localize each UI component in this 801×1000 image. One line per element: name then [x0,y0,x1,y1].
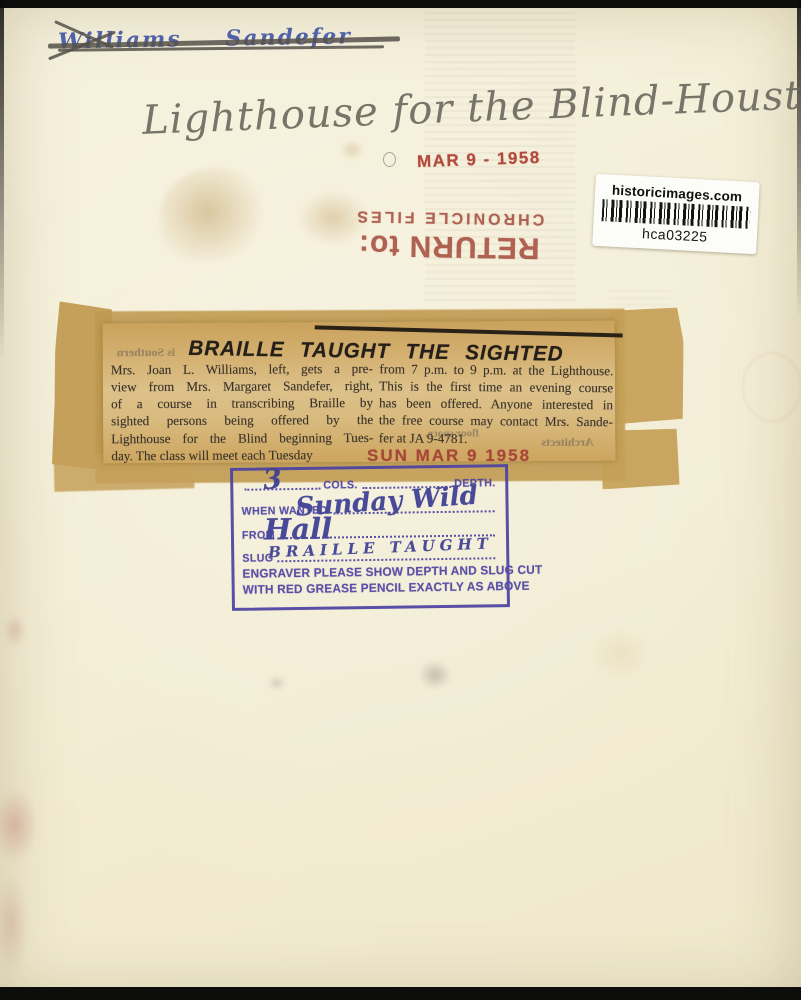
cols-value-handwriting: 3 [262,464,283,496]
clipping-line: Mrs. Joan L. Williams, left, gets a pre- [111,360,373,379]
scan-bottom-edge [0,987,801,1000]
clipping-line: has been offered. Anyone interested in [379,395,613,414]
return-stamp-line1: RETURN to: [335,227,564,265]
clipping-line: view from Mrs. Margaret Sandefer, right, [111,377,373,396]
archive-sticker: historicimages.com hca03225 [592,174,760,254]
clipping-right-column: from 7 p.m. to 9 p.m. at the Lighthouse.… [379,360,614,448]
sun-date-stamp: SUN MAR 9 1958 [367,446,531,466]
clipping-left-column: Mrs. Joan L. Williams, left, gets a pre-… [111,360,374,464]
red-smudge [4,614,26,646]
clipping-line: sighted persons being offered by the [111,411,373,430]
newspaper-clipping: BRAILLE TAUGHT THE SIGHTED is Southern f… [103,321,616,464]
stain [340,140,364,160]
scan-top-edge [0,0,801,8]
pencil-mark [383,152,396,167]
sticker-code-text: hca03225 [642,225,708,244]
return-stamp-line2: CHRONICLE FILES [335,206,563,228]
engraver-note-line: WITH RED GREASE PENCIL EXACTLY AS ABOVE [243,578,543,598]
masking-tape-right-upper [609,307,685,424]
return-stamp: RETURN to: CHRONICLE FILES [335,206,564,265]
photo-back-scan: Williams Sandefer Lighthouse for the Bli… [0,0,801,1000]
clipping-line: of a course in transcribing Braille by [111,394,373,413]
red-smudge [0,788,38,862]
engraver-note: ENGRAVER PLEASE SHOW DEPTH AND SLUG CUT … [242,563,542,599]
clipping-line: from 7 p.m. to 9 p.m. at the Lighthouse. [379,360,613,379]
red-smudge [0,876,28,972]
ghost-text-fragment: is Southern [117,345,175,360]
stain [160,168,265,266]
clipping-line: Lighthouse for the Blind beginning Tues- [111,429,373,448]
engraver-stamp-box: COLS. DEPTH. WHEN WANTED FROM SLUG ENGRA… [230,464,510,611]
scan-right-edge [797,0,801,320]
clipping-line: the free course may contact Mrs. Sande- [379,412,613,431]
clipping-line: day. The class will meet each Tuesday [111,446,373,465]
pencil-smudge [418,660,452,690]
clipping-line: This is the first time an evening course [379,377,613,396]
clipping-top-rule [315,325,623,337]
stain [588,628,652,680]
pencil-smudge [268,676,286,690]
